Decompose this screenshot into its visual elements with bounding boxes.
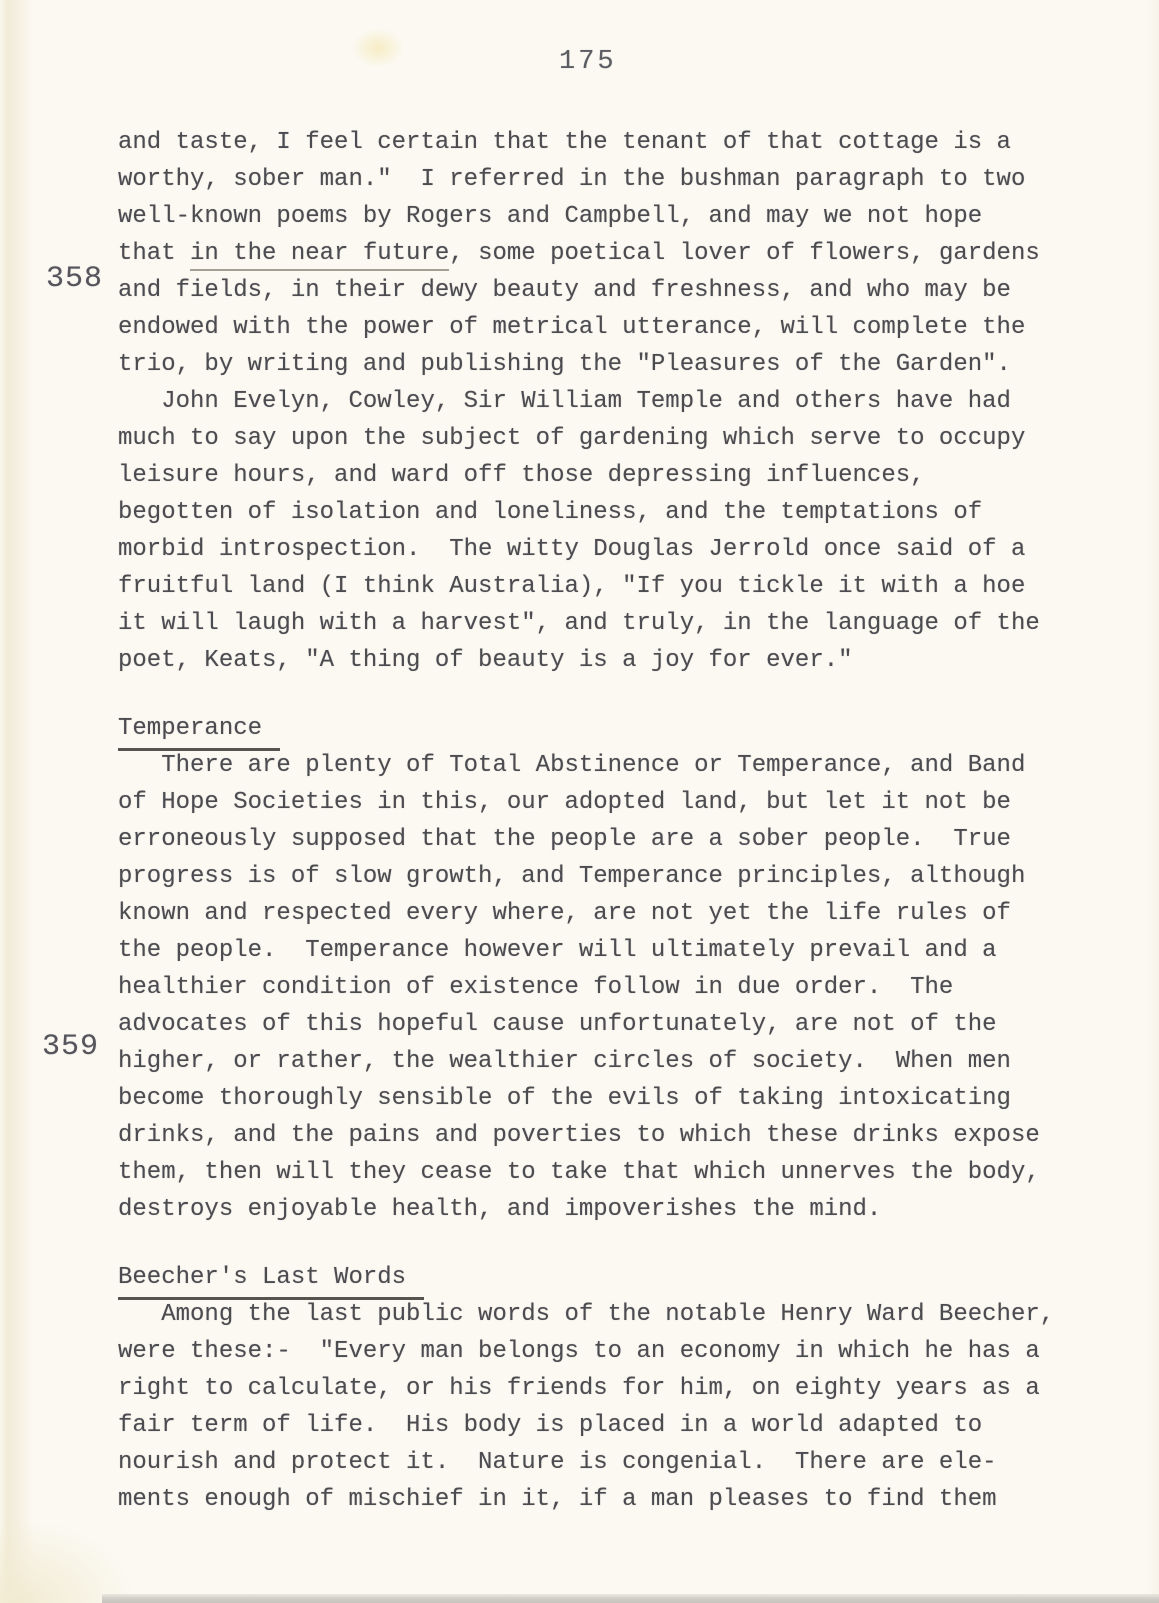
- text-line: leisure hours, and ward off those depres…: [118, 457, 1118, 494]
- text-line: much to say upon the subject of gardenin…: [118, 420, 1118, 457]
- text-line: fair term of life. His body is placed in…: [118, 1407, 1118, 1444]
- page-number: 175: [559, 47, 617, 77]
- text-line: poet, Keats, "A thing of beauty is a joy…: [118, 642, 1118, 679]
- text-line: it will laugh with a harvest", and truly…: [118, 605, 1118, 642]
- text-line: worthy, sober man." I referred in the bu…: [118, 161, 1118, 198]
- text-line: and fields, in their dewy beauty and fre…: [118, 272, 1118, 309]
- text-line: become thoroughly sensible of the evils …: [118, 1080, 1118, 1117]
- text-line: John Evelyn, Cowley, Sir William Temple …: [118, 383, 1118, 420]
- paper-stain: [352, 28, 404, 68]
- text-line: the people. Temperance however will ulti…: [118, 932, 1118, 969]
- text-line: fruitful land (I think Australia), "If y…: [118, 568, 1118, 605]
- text-line: known and respected every where, are not…: [118, 895, 1118, 932]
- page-edge-left: [0, 0, 34, 1603]
- page-edge-right: [1147, 0, 1159, 1603]
- margin-note-359: 359: [42, 1030, 99, 1064]
- text-line: progress is of slow growth, and Temperan…: [118, 858, 1118, 895]
- text-line: ments enough of mischief in it, if a man…: [118, 1481, 1118, 1518]
- text-line: well-known poems by Rogers and Campbell,…: [118, 198, 1118, 235]
- text-line: them, then will they cease to take that …: [118, 1154, 1118, 1191]
- text-line: Among the last public words of the notab…: [118, 1296, 1118, 1333]
- text-line: that in the near future, some poetical l…: [118, 235, 1118, 272]
- text-line: right to calculate, or his friends for h…: [118, 1370, 1118, 1407]
- section-heading: Beecher's Last Words: [118, 1259, 1118, 1296]
- page-corner-shading: [0, 1523, 130, 1603]
- text-line: morbid introspection. The witty Douglas …: [118, 531, 1118, 568]
- text-line: of Hope Societies in this, our adopted l…: [118, 784, 1118, 821]
- document-body: and taste, I feel certain that the tenan…: [118, 124, 1118, 1518]
- text-line: nourish and protect it. Nature is congen…: [118, 1444, 1118, 1481]
- text-line: were these:- "Every man belongs to an ec…: [118, 1333, 1118, 1370]
- text-line: endowed with the power of metrical utter…: [118, 309, 1118, 346]
- text-line: and taste, I feel certain that the tenan…: [118, 124, 1118, 161]
- text-line: begotten of isolation and loneliness, an…: [118, 494, 1118, 531]
- text-line: destroys enjoyable health, and impoveris…: [118, 1191, 1118, 1228]
- margin-note-358: 358: [46, 262, 103, 296]
- text-line: erroneously supposed that the people are…: [118, 821, 1118, 858]
- text-line: advocates of this hopeful cause unfortun…: [118, 1006, 1118, 1043]
- section-heading: Temperance: [118, 710, 1118, 747]
- text-line: higher, or rather, the wealthier circles…: [118, 1043, 1118, 1080]
- scan-bottom-band: [102, 1594, 1159, 1603]
- text-line: healthier condition of existence follow …: [118, 969, 1118, 1006]
- text-line: drinks, and the pains and poverties to w…: [118, 1117, 1118, 1154]
- text-line: trio, by writing and publishing the "Ple…: [118, 346, 1118, 383]
- text-line: There are plenty of Total Abstinence or …: [118, 747, 1118, 784]
- scanned-page: 175 358 359 and taste, I feel certain th…: [0, 0, 1159, 1603]
